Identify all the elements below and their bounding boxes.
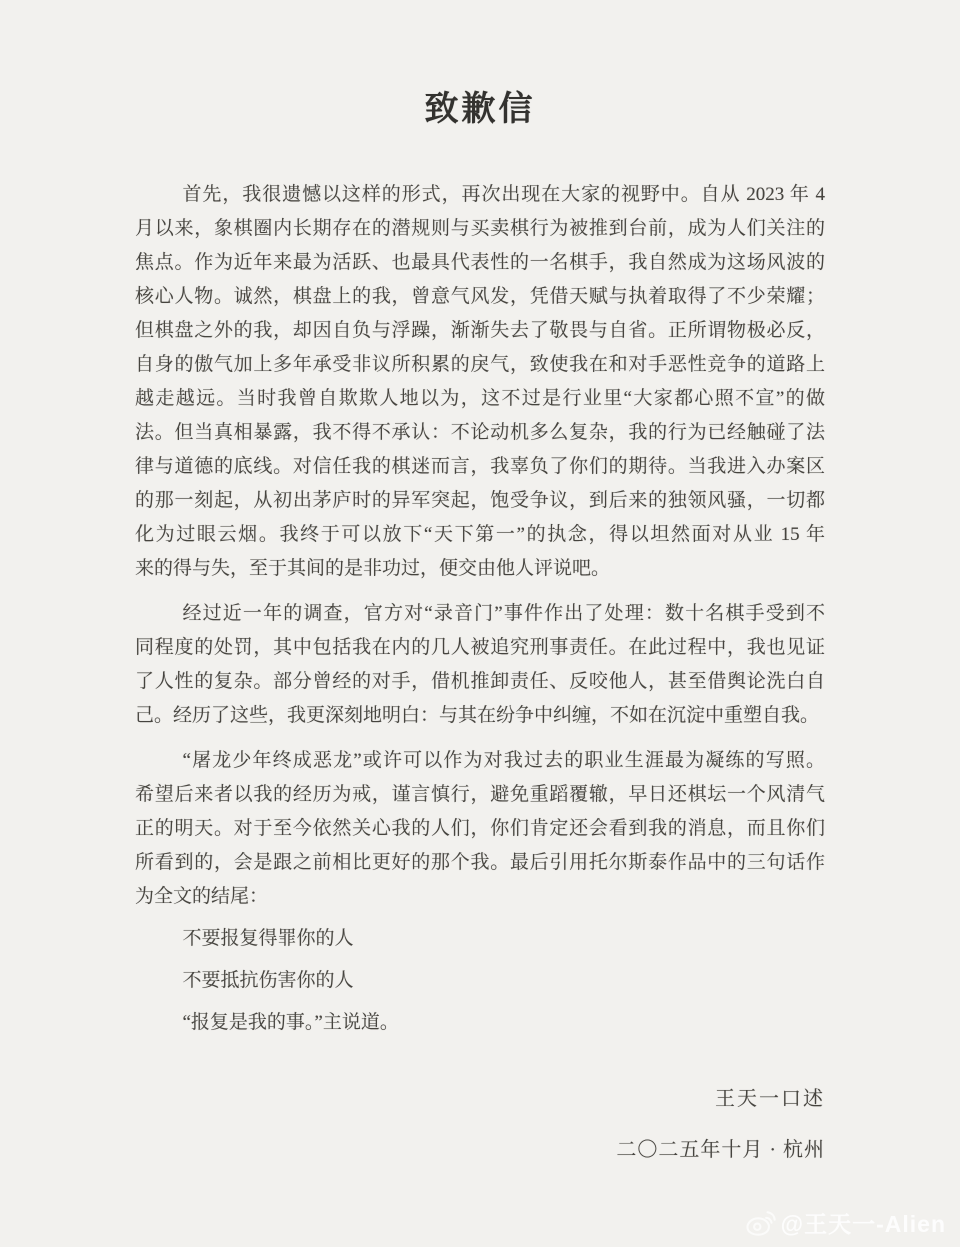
paragraph-2: 经过近一年的调查，官方对“录音门”事件作出了处理：数十名棋手受到不同程度的处罚，… bbox=[135, 597, 825, 733]
text-line: 为全文的结尾： bbox=[135, 880, 825, 914]
text-line: 经过近一年的调查，官方对“录音门”事件作出了处理：数十名棋手受到不 bbox=[135, 597, 825, 631]
signature-block: 王天一口述 二〇二五年十月 · 杭州 bbox=[135, 1082, 825, 1167]
text-line: 月以来，象棋圈内长期存在的潜规则与买卖棋行为被推到台前，成为人们关注的 bbox=[135, 212, 825, 246]
text-line: 了人性的复杂。部分曾经的对手，借机推卸责任、反咬他人，甚至借舆论洗白自 bbox=[135, 665, 825, 699]
text-line: 希望后来者以我的经历为戒，谨言慎行，避免重蹈覆辙，早日还棋坛一个风清气 bbox=[135, 778, 825, 812]
quote-line: 不要抵抗伤害你的人 bbox=[135, 964, 825, 998]
photo-background: 致歉信 首先，我很遗憾以这样的形式，再次出现在大家的视野中。自从 2023 年 … bbox=[0, 0, 960, 1247]
apology-letter-document: 致歉信 首先，我很遗憾以这样的形式，再次出现在大家的视野中。自从 2023 年 … bbox=[135, 0, 825, 1167]
closing-quotes: 不要报复得罪你的人不要抵抗伤害你的人“报复是我的事。”主说道。 bbox=[135, 922, 825, 1040]
text-line: 化为过眼云烟。我终于可以放下“天下第一”的执念，得以坦然面对从业 15 年 bbox=[135, 518, 825, 552]
text-line: 越走越远。当时我曾自欺欺人地以为，这不过是行业里“大家都心照不宣”的做 bbox=[135, 382, 825, 416]
text-line: 首先，我很遗憾以这样的形式，再次出现在大家的视野中。自从 2023 年 4 bbox=[135, 178, 825, 212]
text-line: 的那一刻起，从初出茅庐时的异军突起，饱受争议，到后来的独领风骚，一切都 bbox=[135, 484, 825, 518]
quote-line: 不要报复得罪你的人 bbox=[135, 922, 825, 956]
text-line: 法。但当真相暴露，我不得不承认：不论动机多么复杂，我的行为已经触碰了法 bbox=[135, 416, 825, 450]
text-line: 核心人物。诚然，棋盘上的我，曾意气风发，凭借天赋与执着取得了不少荣耀； bbox=[135, 280, 825, 314]
weibo-watermark: @王天一-Alien bbox=[746, 1206, 946, 1239]
weibo-icon bbox=[746, 1209, 776, 1237]
text-line: 但棋盘之外的我，却因自负与浮躁，渐渐失去了敬畏与自省。正所谓物极必反， bbox=[135, 314, 825, 348]
signature-name: 王天一口述 bbox=[135, 1082, 825, 1116]
signature-date-place: 二〇二五年十月 · 杭州 bbox=[135, 1133, 825, 1167]
text-line: 来的得与失，至于其间的是非功过，便交由他人评说吧。 bbox=[135, 552, 825, 586]
text-line: 同程度的处罚，其中包括我在内的几人被追究刑事责任。在此过程中，我也见证 bbox=[135, 631, 825, 665]
paragraph-3: “屠龙少年终成恶龙”或许可以作为对我过去的职业生涯最为凝练的写照。希望后来者以我… bbox=[135, 744, 825, 914]
quote-line: “报复是我的事。”主说道。 bbox=[135, 1006, 825, 1040]
text-line: 正的明天。对于至今依然关心我的人们，你们肯定还会看到我的消息，而且你们 bbox=[135, 812, 825, 846]
text-line: 律与道德的底线。对信任我的棋迷而言，我辜负了你们的期待。当我进入办案区 bbox=[135, 450, 825, 484]
text-line: “屠龙少年终成恶龙”或许可以作为对我过去的职业生涯最为凝练的写照。 bbox=[135, 744, 825, 778]
document-body: 首先，我很遗憾以这样的形式，再次出现在大家的视野中。自从 2023 年 4月以来… bbox=[135, 178, 825, 914]
text-line: 自身的傲气加上多年承受非议所积累的戾气，致使我在和对手恶性竞争的道路上 bbox=[135, 348, 825, 382]
text-line: 焦点。作为近年来最为活跃、也最具代表性的一名棋手，我自然成为这场风波的 bbox=[135, 246, 825, 280]
document-title: 致歉信 bbox=[135, 90, 825, 130]
watermark-handle: @王天一-Alien bbox=[781, 1206, 946, 1239]
text-line: 所看到的，会是跟之前相比更好的那个我。最后引用托尔斯泰作品中的三句话作 bbox=[135, 846, 825, 880]
paragraph-1: 首先，我很遗憾以这样的形式，再次出现在大家的视野中。自从 2023 年 4月以来… bbox=[135, 178, 825, 586]
text-line: 己。经历了这些，我更深刻地明白：与其在纷争中纠缠，不如在沉淀中重塑自我。 bbox=[135, 699, 825, 733]
